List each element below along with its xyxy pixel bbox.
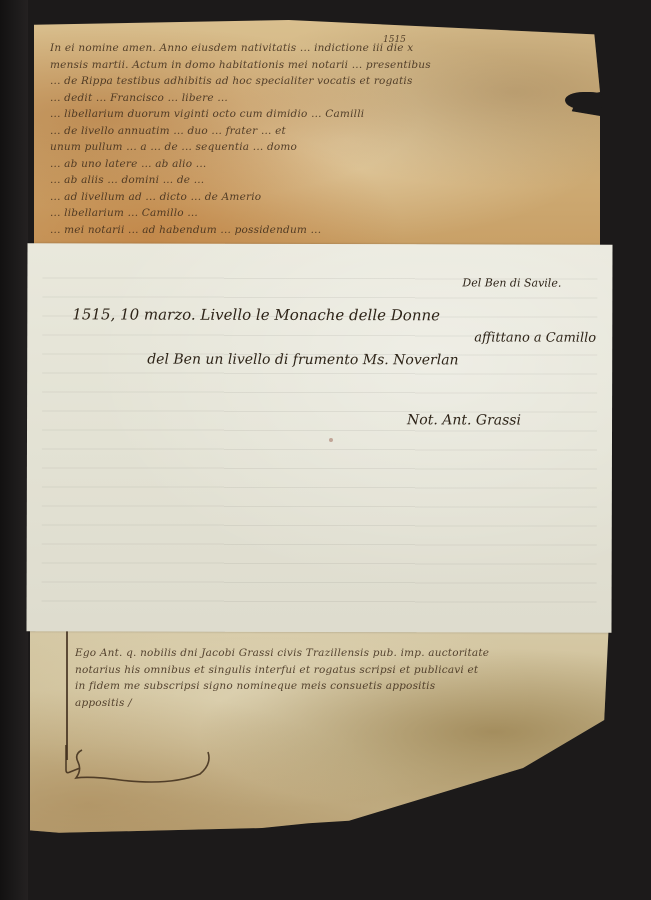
manuscript-line: in fidem me subscripsi signo nomineque m…: [75, 678, 605, 695]
manuscript-line: ... de Rippa testibus adhibitis ad hoc s…: [50, 73, 595, 90]
manuscript-line: ... ab uno latere ... ab alio ...: [50, 156, 595, 173]
manuscript-line: ... de livello annuatim ... duo ... frat…: [50, 123, 595, 140]
lower-parchment: [30, 600, 610, 840]
manuscript-line: unum pullum ... a ... de ... sequentia .…: [50, 139, 595, 156]
notary-subscription-text: Ego Ant. q. nobilis dni Jacobi Grassi ci…: [75, 645, 605, 720]
manuscript-line: appositis /: [75, 695, 605, 712]
manuscript-line: ... mei notarii ... ad habendum ... poss…: [50, 222, 595, 239]
manuscript-line: ... libellarium duorum viginti octo cum …: [50, 106, 595, 123]
note-corner-annotation: Del Ben di Savile.: [462, 276, 561, 289]
note-second-line: del Ben un livello di frumento Ms. Nover…: [147, 352, 458, 369]
manuscript-line: ... ad livellum ad ... dicto ... de Amer…: [50, 189, 595, 206]
book-binding-edge: [0, 0, 28, 900]
upper-manuscript-text: In ei nomine amen. Anno eiusdem nativita…: [50, 40, 595, 255]
manuscript-line: ... ab aliis ... domini ... de ...: [50, 172, 595, 189]
manuscript-line: ... dedit ... Francisco ... libere ...: [50, 90, 595, 107]
note-right-annotation: affittano a Camillo: [474, 330, 596, 345]
manuscript-line: notarius his omnibus et singulis interfu…: [75, 662, 605, 679]
note-signature: Not. Ant. Grassi: [407, 412, 521, 428]
notary-margin-line: [66, 620, 68, 760]
manuscript-line: In ei nomine amen. Anno eiusdem nativita…: [50, 40, 595, 57]
ink-spot: [329, 438, 333, 442]
manuscript-line: ... libellarium ... Camillo ...: [50, 205, 595, 222]
manuscript-line: Ego Ant. q. nobilis dni Jacobi Grassi ci…: [75, 645, 605, 662]
note-heading-line: 1515, 10 marzo. Livello le Monache delle…: [72, 305, 440, 324]
attached-paper-note: Del Ben di Savile. 1515, 10 marzo. Livel…: [26, 243, 612, 633]
manuscript-line: mensis martii. Actum in domo habitationi…: [50, 57, 595, 74]
notary-sign-icon: [60, 740, 220, 790]
